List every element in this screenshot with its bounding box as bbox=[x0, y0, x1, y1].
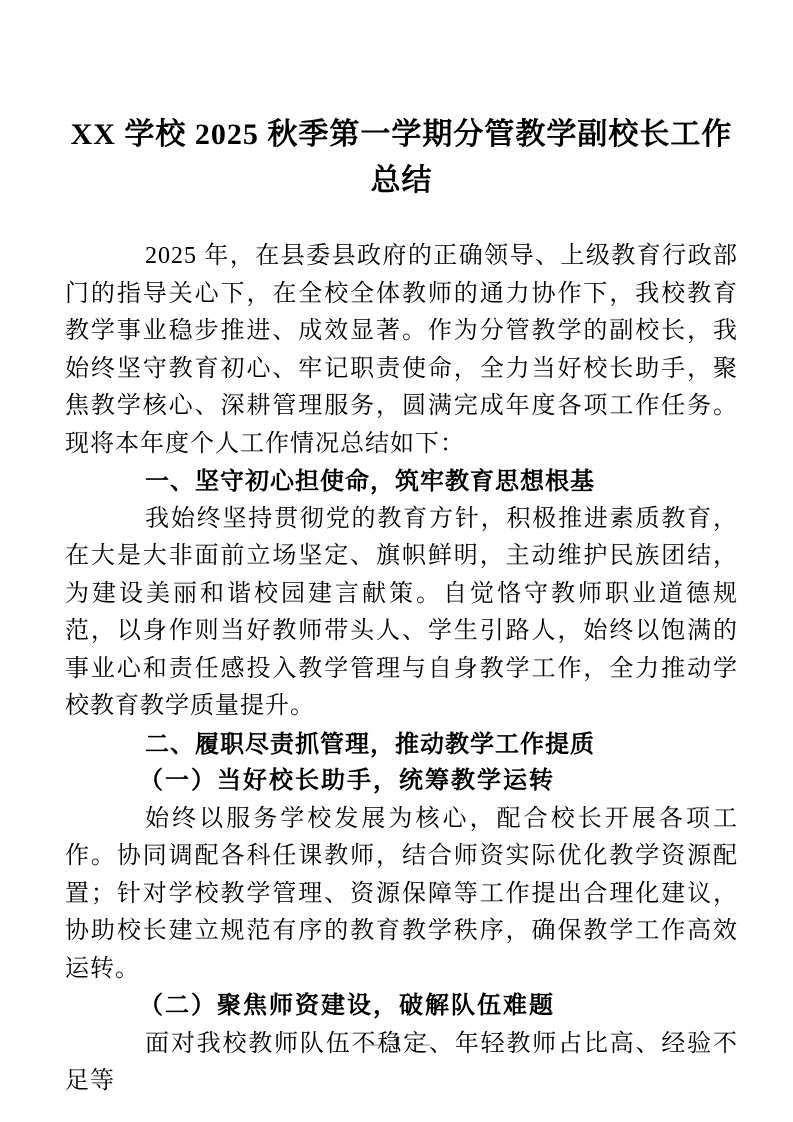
document-page: XX 学校 2025 秋季第一学期分管教学副校长工作总结 2025 年，在县委县… bbox=[0, 0, 793, 1122]
heading-section-1: 一、坚守初心担使命，筑牢教育思想根基 bbox=[65, 463, 738, 501]
paragraph-section-1: 我始终坚持贯彻党的教育方针，积极推进素质教育，在大是大非面前立场坚定、旗帜鲜明，… bbox=[65, 501, 738, 726]
page-number: 1 bbox=[392, 1034, 401, 1053]
footer-dash-left: — bbox=[363, 1034, 380, 1053]
paragraph-section-2-1: 始终以服务学校发展为核心，配合校长开展各项工作。协同调配各科任课教师，结合师资实… bbox=[65, 801, 738, 989]
page-footer: —1— bbox=[0, 1034, 793, 1054]
subheading-section-2-1: （一）当好校长助手，统筹教学运转 bbox=[65, 763, 738, 801]
paragraph-intro: 2025 年，在县委县政府的正确领导、上级教育行政部门的指导关心下，在全校全体教… bbox=[65, 238, 738, 463]
heading-section-2: 二、履职尽责抓管理，推动教学工作提质 bbox=[65, 726, 738, 764]
document-body: XX 学校 2025 秋季第一学期分管教学副校长工作总结 2025 年，在县委县… bbox=[65, 112, 738, 1101]
document-title: XX 学校 2025 秋季第一学期分管教学副校长工作总结 bbox=[65, 112, 738, 204]
subheading-section-2-2: （二）聚焦师资建设，破解队伍难题 bbox=[65, 988, 738, 1026]
footer-dash-right: — bbox=[413, 1034, 430, 1053]
